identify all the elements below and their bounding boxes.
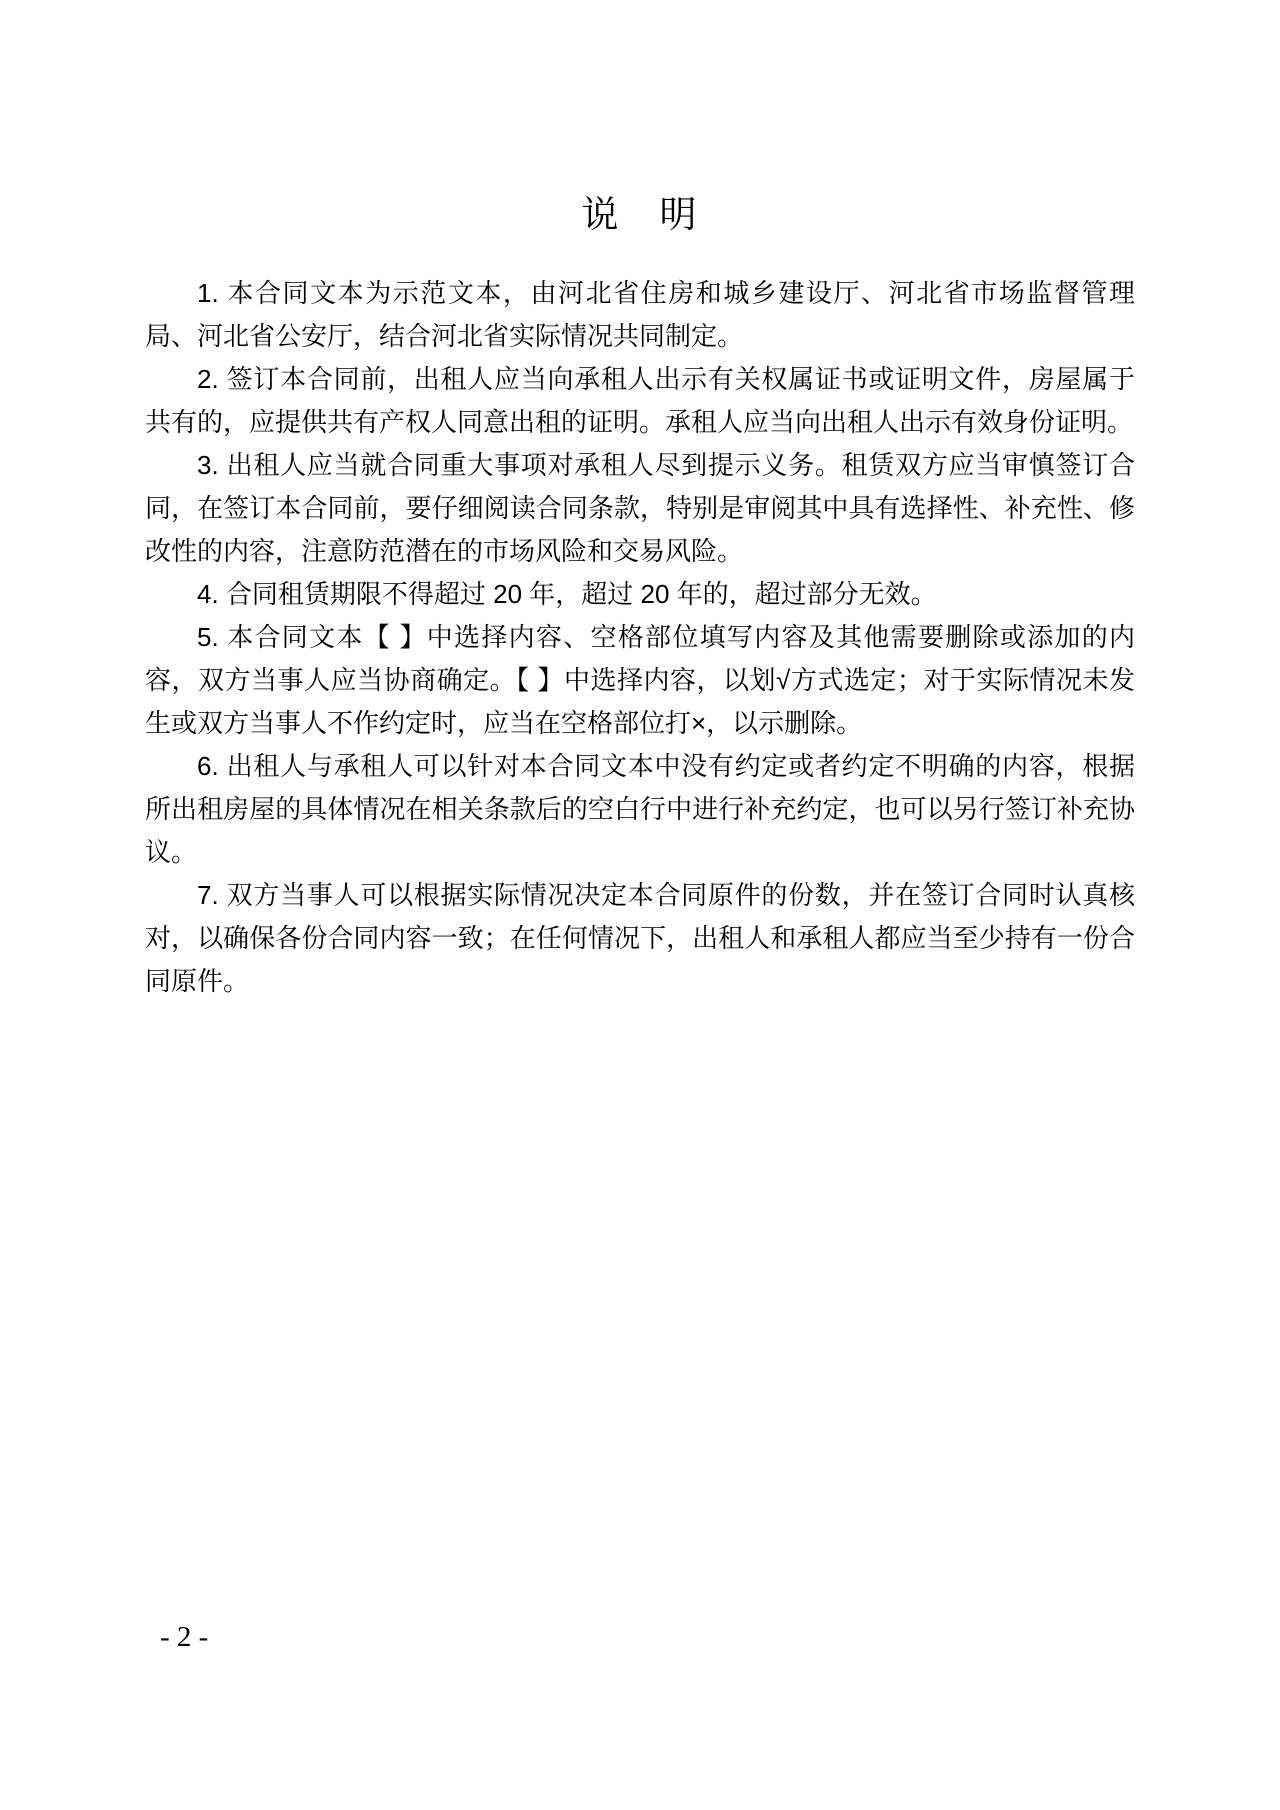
document-page: 说 明 1. 本合同文本为示范文本，由河北省住房和城乡建设厅、河北省市场监督管理… <box>0 0 1280 1810</box>
paragraph-2: 2. 签订本合同前，出租人应当向承租人出示有关权属证书或证明文件，房屋属于共有的… <box>145 358 1135 444</box>
paragraph-1: 1. 本合同文本为示范文本，由河北省住房和城乡建设厅、河北省市场监督管理局、河北… <box>145 272 1135 358</box>
paragraph-7: 7. 双方当事人可以根据实际情况决定本合同原件的份数，并在签订合同时认真核对，以… <box>145 874 1135 1003</box>
page-title: 说 明 <box>145 192 1135 237</box>
paragraph-5: 5. 本合同文本【 】中选择内容、空格部位填写内容及其他需要删除或添加的内容，双… <box>145 616 1135 745</box>
paragraph-3: 3. 出租人应当就合同重大事项对承租人尽到提示义务。租赁双方应当审慎签订合同，在… <box>145 444 1135 573</box>
paragraph-4: 4. 合同租赁期限不得超过 20 年，超过 20 年的，超过部分无效。 <box>145 573 1135 616</box>
page-number: - 2 - <box>160 1620 208 1654</box>
paragraph-6: 6. 出租人与承租人可以针对本合同文本中没有约定或者约定不明确的内容，根据所出租… <box>145 745 1135 874</box>
document-content: 说 明 1. 本合同文本为示范文本，由河北省住房和城乡建设厅、河北省市场监督管理… <box>0 0 1280 1003</box>
